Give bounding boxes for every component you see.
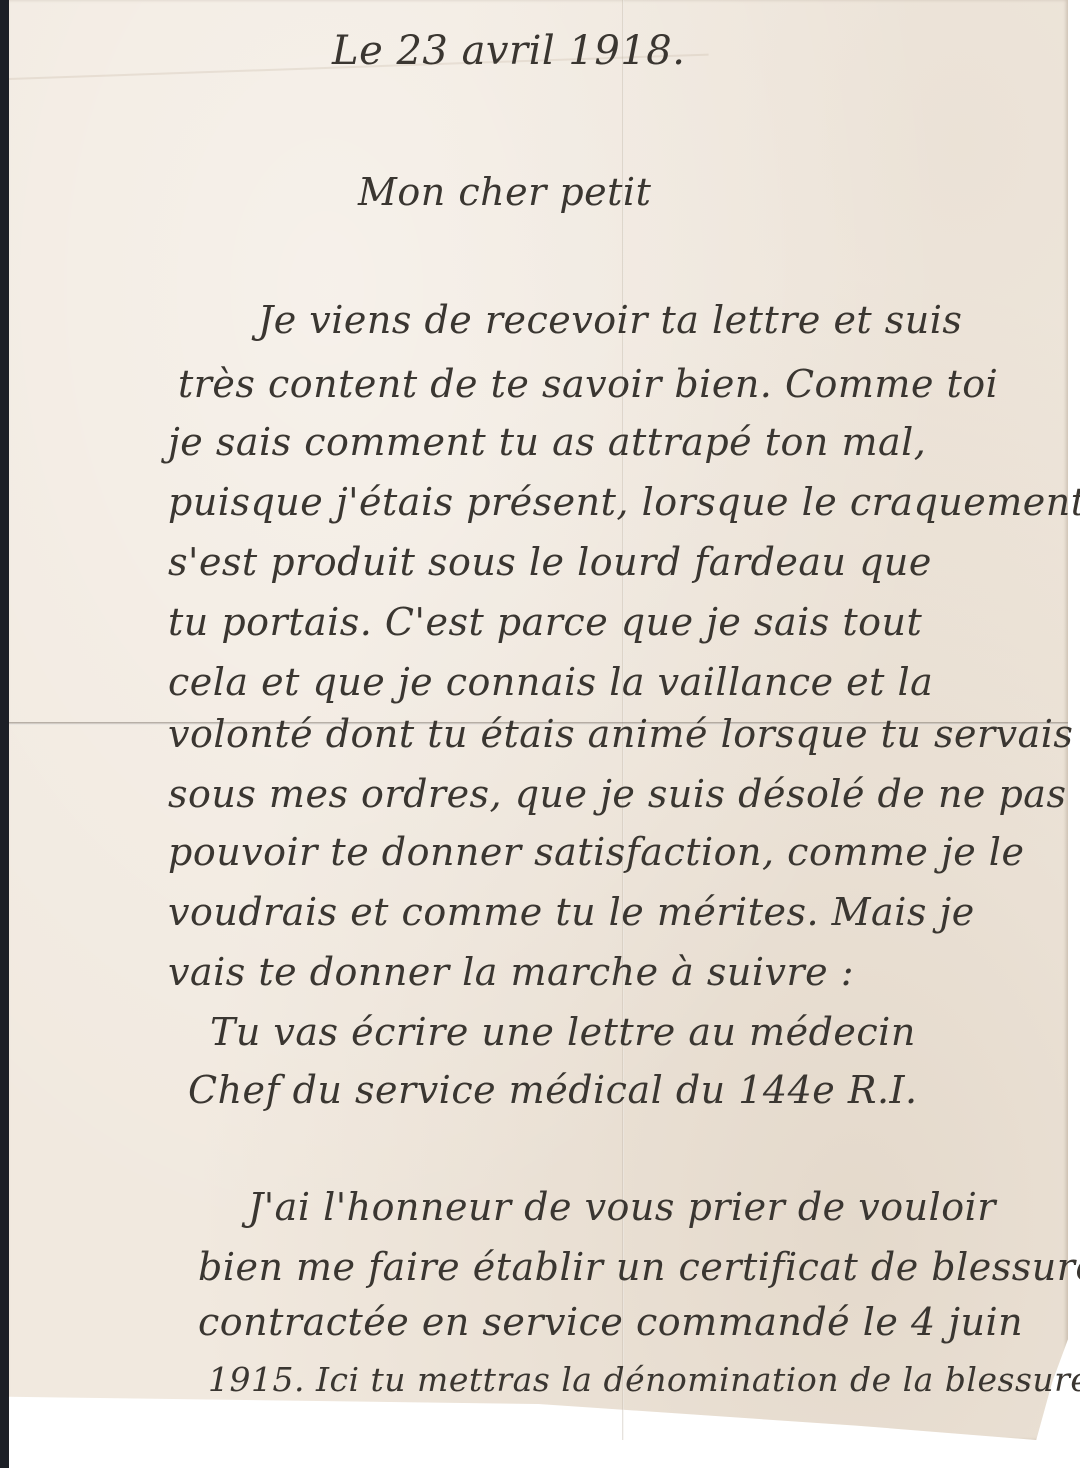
letter-line: 1915. Ici tu mettras la dénomination de …: [208, 1360, 1080, 1399]
letter-line: puisque j'étais présent, lorsque le craq…: [168, 480, 1080, 524]
letter-line: bien me faire établir un certificat de b…: [198, 1245, 1080, 1289]
letter-line: volonté dont tu étais animé lorsque tu s…: [168, 712, 1073, 756]
letter-line: voudrais et comme tu le mérites. Mais je: [168, 890, 975, 934]
letter-line: contractée en service commandé le 4 juin: [198, 1300, 1023, 1344]
letter-line: Chef du service médical du 144e R.I.: [188, 1068, 918, 1112]
letter-line: vais te donner la marche à suivre :: [168, 950, 854, 994]
letter-line: cela et que je connais la vaillance et l…: [168, 660, 933, 704]
scanner-edge: [0, 0, 9, 1468]
letter-line: s'est produit sous le lourd fardeau que: [168, 540, 932, 584]
letter-line: je sais comment tu as attrapé ton mal,: [168, 420, 926, 464]
letter-line: Tu vas écrire une lettre au médecin: [210, 1010, 916, 1054]
letter-line: pouvoir te donner satisfaction, comme je…: [168, 830, 1024, 874]
letter-salutation: Mon cher petit: [358, 170, 651, 214]
letter-line: très content de te savoir bien. Comme to…: [178, 362, 998, 406]
letter-line: tu portais. C'est parce que je sais tout: [168, 600, 922, 644]
letter-line: J'ai l'honneur de vous prier de vouloir: [248, 1185, 996, 1229]
letter-line: sous mes ordres, que je suis désolé de n…: [168, 772, 1066, 816]
letter-date: Le 23 avril 1918.: [332, 28, 685, 74]
letter-line: Je viens de recevoir ta lettre et suis: [258, 298, 962, 342]
